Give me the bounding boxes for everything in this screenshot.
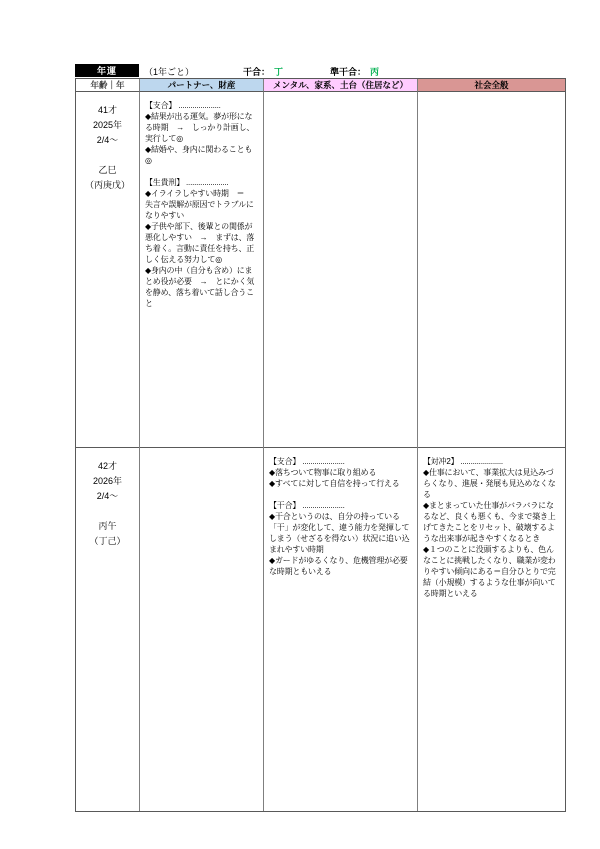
- partner-cell: [140, 448, 264, 811]
- fortune-sheet: 年運 （1年ごと） 干合：丁 準干合：丙 年齢｜年 パートナー、財産 メンタル、…: [75, 64, 567, 812]
- aspect-heading: 【干合】 .....................: [269, 500, 412, 511]
- age-year-cell: 41才 2025年 2/4～ 乙巳 （丙庚戊）: [76, 92, 140, 448]
- mental-cell: [264, 92, 418, 448]
- year-value: 2026年: [81, 474, 134, 489]
- hidden-stems: （丁己）: [81, 534, 134, 549]
- cell-line: ◆すべてに対して自信を持って行える: [269, 478, 412, 489]
- cell-line: [145, 166, 258, 177]
- cell-line: ◆１つのことに没頭するよりも、色んなことに挑戦したくなり、職業が変わりやすい傾向…: [423, 544, 560, 599]
- kango-field: 干合：丁: [243, 65, 283, 78]
- cell-line: ◆身内の中（自分も含め）にまとめ役が必要 → とにかく気を静め、落ち着いて話し合…: [145, 265, 258, 309]
- fortune-table: 年齢｜年 パートナー、財産 メンタル、家系、土台（住居など） 社会全般 41才 …: [75, 78, 566, 812]
- start-date: 2/4～: [81, 489, 134, 504]
- cell-line: ◆仕事において、事業拡大は見込みづらくなり、進展・発展も見込めなくなる: [423, 467, 560, 500]
- cell-line: ◆落ちついて物事に取り組める: [269, 467, 412, 478]
- aspect-heading: 【対冲2】 .....................: [423, 456, 560, 467]
- kango-label: 干合：: [243, 67, 270, 77]
- cell-line: ◆結婚や、身内に関わることも◎: [145, 144, 258, 166]
- table-row-2026: 42才 2026年 2/4～ 丙午 （丁己） 【支合】 ............…: [76, 447, 565, 811]
- column-header-mental: メンタル、家系、土台（住居など）: [264, 79, 418, 92]
- aspect-heading: 【支合】 .....................: [269, 456, 412, 467]
- age-year-cell: 42才 2026年 2/4～ 丙午 （丁己）: [76, 448, 140, 811]
- social-cell: [418, 92, 565, 448]
- cell-line: ◆結果が出る運気。夢が形になる時期 → しっかり計画し、実行して◎: [145, 111, 258, 144]
- page: { "header": { "title": "年運", "subtitle":…: [0, 0, 600, 849]
- report-subtitle: （1年ごと）: [144, 65, 194, 78]
- partner-cell: 【支合】 .....................◆結果が出る運気。夢が形にな…: [140, 92, 264, 448]
- report-title: 年運: [75, 64, 139, 77]
- sheet-header: 年運 （1年ごと） 干合：丁 準干合：丙: [75, 64, 567, 78]
- kanshi-value: 丙午: [81, 519, 134, 534]
- hidden-stems: （丙庚戊）: [81, 178, 134, 193]
- cell-line: ◆子供や部下、後輩との関係が悪化しやすい → まずは、落ち着く。言動に責任を持ち…: [145, 221, 258, 265]
- kanshi-value: 乙巳: [81, 163, 134, 178]
- cell-line: ◆イライラしやすい時期 ＝ 失言や誤解が原因でトラブルになりやすい: [145, 188, 258, 221]
- age-value: 41才: [81, 103, 134, 118]
- spacer: [81, 504, 134, 519]
- kango-value: 丁: [274, 67, 283, 77]
- cell-line: ◆まとまっていた仕事がバラバラになるなど、良くも悪くも、今まで築き上げてきたこと…: [423, 500, 560, 544]
- social-cell: 【対冲2】 .....................◆仕事において、事業拡大は…: [418, 448, 565, 811]
- age-value: 42才: [81, 459, 134, 474]
- column-header-age-year: 年齢｜年: [76, 79, 140, 92]
- jun-kango-field: 準干合：丙: [330, 65, 379, 78]
- aspect-heading: 【生貴刑】 .....................: [145, 177, 258, 188]
- column-header-partner: パートナー、財産: [140, 79, 264, 92]
- cell-line: [269, 489, 412, 500]
- jun-kango-label: 準干合：: [330, 67, 366, 77]
- year-value: 2025年: [81, 118, 134, 133]
- mental-cell: 【支合】 .....................◆落ちついて物事に取り組める…: [264, 448, 418, 811]
- spacer: [81, 148, 134, 163]
- jun-kango-value: 丙: [370, 67, 379, 77]
- table-row-2025: 41才 2025年 2/4～ 乙巳 （丙庚戊） 【支合】 ...........…: [76, 92, 565, 448]
- table-header-row: 年齢｜年 パートナー、財産 メンタル、家系、土台（住居など） 社会全般: [76, 79, 565, 92]
- column-header-social: 社会全般: [418, 79, 565, 92]
- cell-line: ◆干合というのは、自分の持っている「干」が変化して、違う能力を発揮してしまう（せ…: [269, 511, 412, 555]
- cell-line: ◆ガードがゆるくなり、危機管理が必要な時期ともいえる: [269, 555, 412, 577]
- aspect-heading: 【支合】 .....................: [145, 100, 258, 111]
- start-date: 2/4～: [81, 133, 134, 148]
